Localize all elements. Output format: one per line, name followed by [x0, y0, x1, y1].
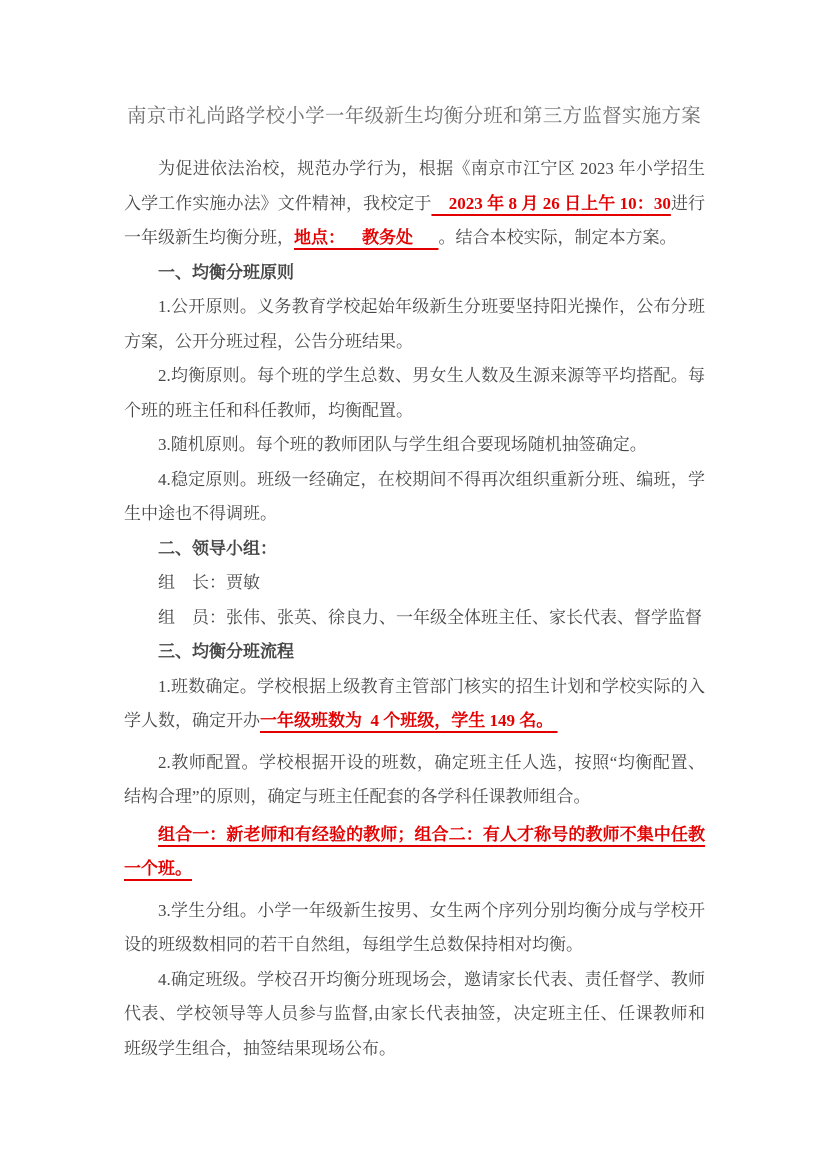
paragraph-group-members: 组 员：张伟、张英、徐良力、一年级全体班主任、家长代表、督学监督 — [124, 601, 705, 636]
paragraph-group-leader: 组 长：贾敏 — [124, 566, 705, 601]
heading-section-2-leadership: 二、领导小组： — [124, 532, 705, 567]
heading-section-3-process: 三、均衡分班流程 — [124, 635, 705, 670]
paragraph-intro: 为促进依法治校，规范办学行为，根据《南京市江宁区 2023 年小学招生入学工作实… — [124, 152, 705, 256]
paragraph-principle-3-random: 3.随机原则。每个班的教师团队与学生组合要现场随机抽签确定。 — [124, 428, 705, 463]
location-highlight: 地点： 教务处 — [294, 228, 439, 247]
document-page: 南京市礼尚路学校小学一年级新生均衡分班和第三方监督实施方案 为促进依法治校，规范… — [0, 0, 827, 1170]
class-count-highlight: 一年级班数为 4 个班级，学生 149 名。 — [260, 711, 558, 730]
paragraph-principle-1-open: 1.公开原则。义务教育学校起始年级新生分班要坚持阳光操作，公布分班方案，公开分班… — [124, 290, 705, 359]
paragraph-step-2-teacher-config: 2.教师配置。学校根据开设的班数，确定班主任人选，按照“均衡配置、结构合理”的原… — [124, 746, 705, 815]
document-body: 为促进依法治校，规范办学行为，根据《南京市江宁区 2023 年小学招生入学工作实… — [124, 152, 705, 1066]
paragraph-step-3-student-grouping: 3.学生分组。小学一年级新生按男、女生两个序列分别均衡分成与学校开设的班级数相同… — [124, 894, 705, 963]
teacher-combination-highlight: 组合一：新老师和有经验的教师；组合二：有人才称号的教师不集中任教一个班。 — [124, 825, 705, 879]
paragraph-step-1-class-count: 1.班数确定。学校根据上级教育主管部门核实的招生计划和学校实际的入学人数，确定开… — [124, 670, 705, 739]
heading-section-1-principles: 一、均衡分班原则 — [124, 256, 705, 291]
document-title: 南京市礼尚路学校小学一年级新生均衡分班和第三方监督实施方案 — [124, 103, 704, 130]
paragraph-principle-2-balance: 2.均衡原则。每个班的学生总数、男女生人数及生源来源等平均搭配。每个班的班主任和… — [124, 359, 705, 428]
paragraph-principle-4-stable: 4.稳定原则。班级一经确定，在校期间不得再次组织重新分班、编班，学生中途也不得调… — [124, 463, 705, 532]
paragraph-teacher-combination: 组合一：新老师和有经验的教师；组合二：有人才称号的教师不集中任教一个班。 — [124, 818, 705, 887]
paragraph-step-4-class-confirm: 4.确定班级。学校召开均衡分班现场会，邀请家长代表、责任督学、教师代表、学校领导… — [124, 963, 705, 1067]
date-time-highlight: 2023 年 8 月 26 日上午 10：30 — [431, 194, 670, 213]
intro-tail-text: 。结合本校实际，制定本方案。 — [439, 228, 677, 247]
